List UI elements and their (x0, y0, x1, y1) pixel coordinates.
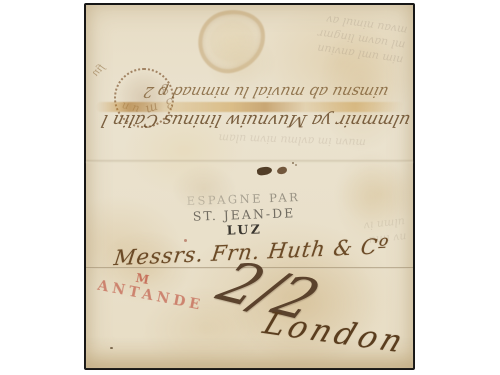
handstamp-line-2-bold: LUZ (226, 221, 262, 237)
mirrored-handwriting-line-2: ulmmnir ya Muvnuiw lininus Calin l (88, 110, 413, 130)
mirrored-handwriting-line-1: uimsnu ab muvial lu nimnad p 2 (170, 83, 390, 101)
paper-speck (110, 347, 113, 349)
handstamp-line-2: ST. JEAN-DE LUZ (174, 205, 315, 240)
corner-scribble: fin (90, 62, 107, 79)
ink-blob-1 (257, 166, 273, 176)
fold-line (86, 160, 413, 163)
espagne-entry-handstamp: ESPAGNE PAR ST. JEAN-DE LUZ (173, 190, 314, 240)
ink-specks (292, 162, 294, 164)
cover-photo: nim uml anviun ml uavm lingmr mvau nimul… (84, 3, 415, 370)
red-speck (184, 239, 187, 242)
photo-stage: nim uml anviun ml uavm lingmr mvau nimul… (0, 0, 500, 375)
ink-blob-2 (276, 166, 287, 175)
